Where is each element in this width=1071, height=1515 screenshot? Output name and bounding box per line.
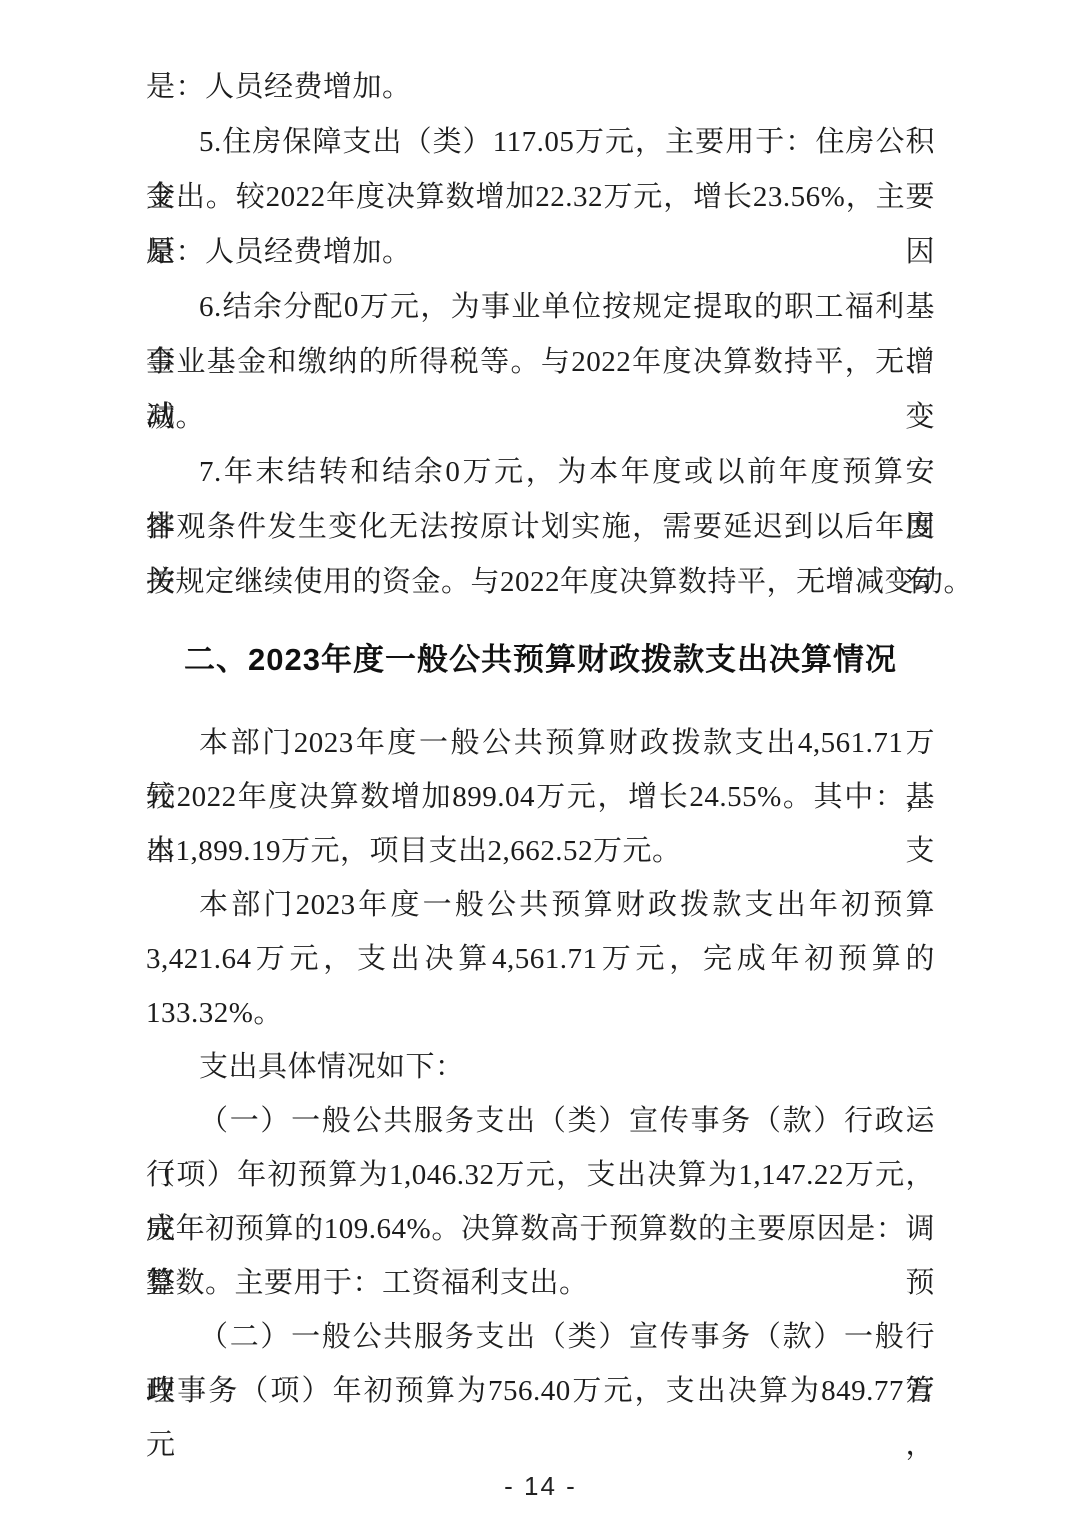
paragraph-line: （二）一般公共服务支出（类）宣传事务（款）一般行政管 — [146, 1310, 935, 1364]
document-page: 是：人员经费增加。 5.住房保障支出（类）117.05万元，主要用于：住房公积金… — [0, 0, 1071, 1515]
paragraph-line: 支出具体情况如下： — [146, 1040, 935, 1094]
paragraph-line: 较2022年度决算数增加899.04万元，增长24.55%。其中：基本支 — [146, 770, 935, 824]
paragraph-section2-2: 本部门2023年度一般公共预算财政拨款支出年初预算 3,421.64万元，支出决… — [146, 878, 935, 1040]
paragraph-section2-leadin: 支出具体情况如下： — [146, 1040, 935, 1094]
paragraph-item-er: （二）一般公共服务支出（类）宣传事务（款）一般行政管 理事务（项）年初预算为75… — [146, 1310, 935, 1418]
paragraph-line: 3,421.64万元，支出决算4,561.71万元，完成年初预算的 — [146, 932, 935, 986]
paragraph-line: 本部门2023年度一般公共预算财政拨款支出4,561.71万元， — [146, 716, 935, 770]
paragraph-line: 133.32%。 — [146, 986, 935, 1040]
paragraph-item-7: 7.年末结转和结余0万元，为本年度或以前年度预算安排、因 客观条件发生变化无法按… — [146, 445, 935, 610]
paragraph-4-tail: 是：人员经费增加。 — [146, 60, 935, 115]
paragraph-line: 关规定继续使用的资金。与2022年度决算数持平，无增减变动。 — [146, 555, 935, 610]
paragraph-line: 本部门2023年度一般公共预算财政拨款支出年初预算 — [146, 878, 935, 932]
paragraph-item-yi: （一）一般公共服务支出（类）宣传事务（款）行政运行 （项）年初预算为1,046.… — [146, 1094, 935, 1310]
paragraph-line: 7.年末结转和结余0万元，为本年度或以前年度预算安排、因 — [146, 445, 935, 500]
paragraph-line: 5.住房保障支出（类）117.05万元，主要用于：住房公积金 — [146, 115, 935, 170]
paragraph-line: 客观条件发生变化无法按原计划实施，需要延迟到以后年度按有 — [146, 500, 935, 555]
paragraph-line: 支出。较2022年度决算数增加22.32万元，增长23.56%，主要原因 — [146, 170, 935, 225]
paragraph-section2-1: 本部门2023年度一般公共预算财政拨款支出4,561.71万元， 较2022年度… — [146, 716, 935, 878]
paragraph-line: （项）年初预算为1,046.32万元，支出决算为1,147.22万元，完 — [146, 1148, 935, 1202]
paragraph-line: 理事务（项）年初预算为756.40万元，支出决算为849.77万元， — [146, 1364, 935, 1418]
paragraph-line: （一）一般公共服务支出（类）宣传事务（款）行政运行 — [146, 1094, 935, 1148]
paragraph-item-6: 6.结余分配0万元，为事业单位按规定提取的职工福利基金、 事业基金和缴纳的所得税… — [146, 280, 935, 445]
section-heading: 二、2023年度一般公共预算财政拨款支出决算情况 — [146, 624, 935, 696]
paragraph-line: 事业基金和缴纳的所得税等。与2022年度决算数持平，无增减变 — [146, 335, 935, 390]
paragraph-line: 6.结余分配0万元，为事业单位按规定提取的职工福利基金、 — [146, 280, 935, 335]
paragraph-item-5: 5.住房保障支出（类）117.05万元，主要用于：住房公积金 支出。较2022年… — [146, 115, 935, 280]
paragraph-line: 成年初预算的109.64%。决算数高于预算数的主要原因是：调整预 — [146, 1202, 935, 1256]
paragraph-line: 是：人员经费增加。 — [146, 60, 935, 115]
